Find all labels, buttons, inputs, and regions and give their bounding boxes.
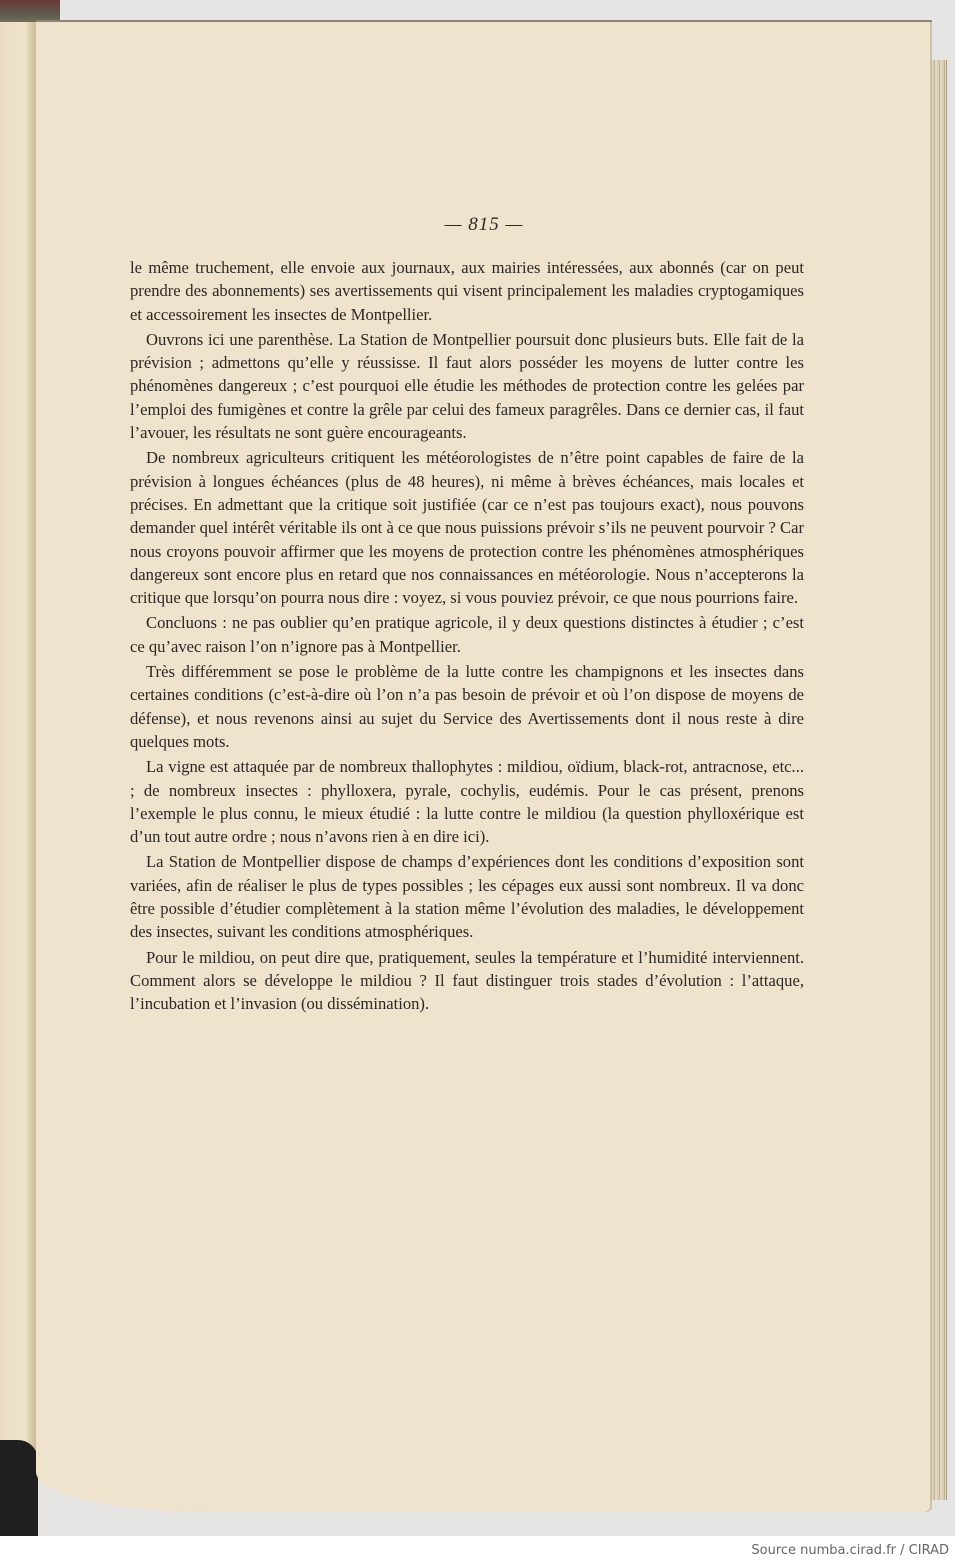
paragraph: Ouvrons ici une parenthèse. La Station d… — [130, 328, 804, 444]
paragraph: Pour le mildiou, on peut dire que, prati… — [130, 946, 804, 1016]
paragraph: le même truchement, elle envoie aux jour… — [130, 256, 804, 326]
book-page: — 815 — le même truchement, elle envoie … — [36, 20, 932, 1512]
body-text: le même truchement, elle envoie aux jour… — [130, 256, 804, 1018]
paragraph: La Station de Montpellier dispose de cha… — [130, 850, 804, 943]
page-stack-edges — [932, 60, 947, 1500]
book-binding-bottom — [0, 1440, 38, 1536]
paragraph: Très différemment se pose le problème de… — [130, 660, 804, 753]
previous-page-edge — [0, 22, 37, 1502]
paragraph: Concluons : ne pas oublier qu’en pratiqu… — [130, 611, 804, 658]
paragraph: La vigne est attaquée par de nombreux th… — [130, 755, 804, 848]
source-credit: Source numba.cirad.fr / CIRAD — [751, 1543, 949, 1558]
paragraph: De nombreux agriculteurs critiquent les … — [130, 446, 804, 609]
page-number: — 815 — — [36, 214, 932, 236]
